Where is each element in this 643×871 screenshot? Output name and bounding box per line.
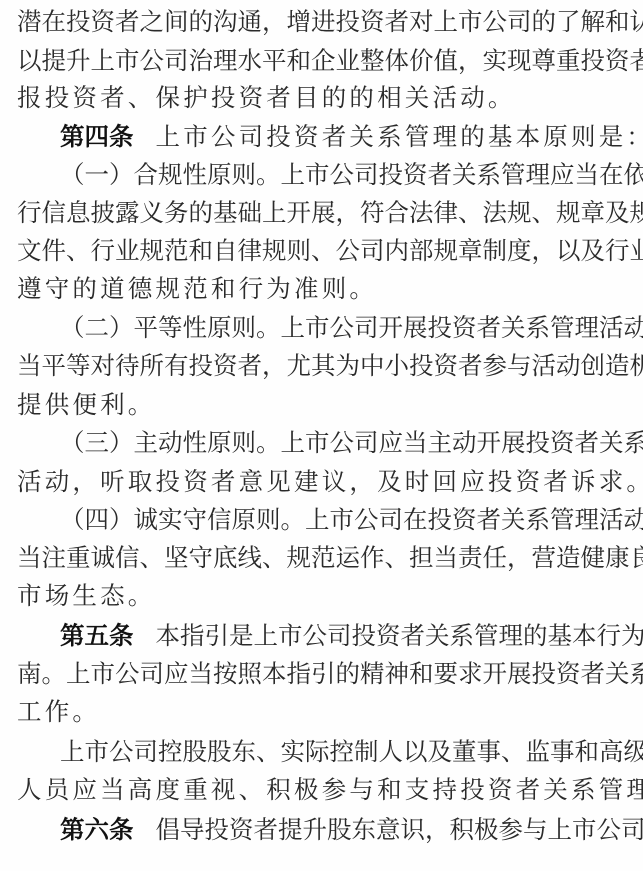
article-4-heading-line: 第四条上市公司投资者关系管理的基本原则是：	[60, 122, 631, 152]
article-number: 第五条	[60, 621, 134, 650]
text-line: （二）平等性原则。上市公司开展投资者关系管理活动，应	[60, 313, 631, 343]
text-line: 当注重诚信、坚守底线、规范运作、担当责任，营造健康良好的	[17, 543, 631, 573]
text-line: 提供便利。	[17, 390, 631, 420]
text-line: 上市公司控股股东、实际控制人以及董事、监事和高级管理	[60, 737, 631, 767]
text-line: 南。上市公司应当按照本指引的精神和要求开展投资者关系管理	[17, 659, 631, 689]
article-5-heading-line: 第五条本指引是上市公司投资者关系管理的基本行为指	[60, 621, 631, 651]
article-text: 倡导投资者提升股东意识，积极参与上市公司开展	[156, 815, 643, 844]
text-line: 文件、行业规范和自律规则、公司内部规章制度，以及行业普遍	[17, 236, 631, 266]
document-page: 潜在投资者之间的沟通，增进投资者对上市公司的了解和认同， 以提升上市公司治理水平…	[0, 0, 643, 871]
text-line: 报投资者、保护投资者目的的相关活动。	[17, 83, 631, 113]
article-text: 上市公司投资者关系管理的基本原则是：	[156, 122, 643, 151]
text-line: （四）诚实守信原则。上市公司在投资者关系管理活动中应	[60, 505, 631, 535]
text-line: （一）合规性原则。上市公司投资者关系管理应当在依法履	[60, 160, 631, 190]
article-text: 本指引是上市公司投资者关系管理的基本行为指	[156, 621, 643, 650]
text-line: （三）主动性原则。上市公司应当主动开展投资者关系管理	[60, 428, 631, 458]
article-number: 第四条	[60, 122, 134, 151]
text-line: 人员应当高度重视、积极参与和支持投资者关系管理工作。	[17, 775, 631, 805]
text-line: 以提升上市公司治理水平和企业整体价值，实现尊重投资者、回	[17, 46, 631, 76]
text-line: 行信息披露义务的基础上开展，符合法律、法规、规章及规范性	[17, 198, 631, 228]
text-line: 当平等对待所有投资者，尤其为中小投资者参与活动创造机会、	[17, 351, 631, 381]
text-line: 活动，听取投资者意见建议，及时回应投资者诉求。	[17, 467, 631, 497]
article-6-heading-line: 第六条倡导投资者提升股东意识，积极参与上市公司开展	[60, 815, 631, 845]
text-line: 市场生态。	[17, 581, 631, 611]
text-line: 工作。	[17, 697, 631, 727]
article-number: 第六条	[60, 815, 134, 844]
text-line: 潜在投资者之间的沟通，增进投资者对上市公司的了解和认同，	[17, 7, 631, 37]
text-line: 遵守的道德规范和行为准则。	[17, 274, 631, 304]
